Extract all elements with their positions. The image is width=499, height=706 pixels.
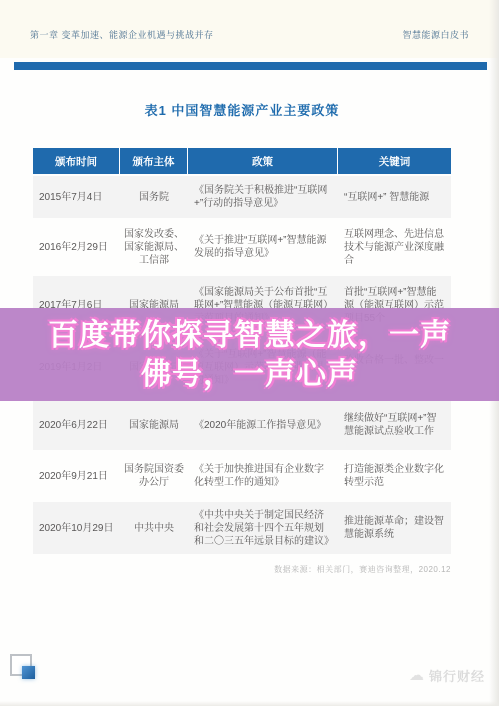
running-head: 第一章 变革加速、能源企业机遇与挑战并存 智慧能源白皮书 [30,28,469,41]
blue-square-icon [22,666,35,679]
cell-policy: 《2020年能源工作指导意见》 [188,400,338,450]
cell-keywords: 推进能源革命；建设智慧能源系统 [338,502,451,554]
page-edge-shadow-bottom [0,701,499,706]
cell-time: 2016年2月29日 [33,220,120,274]
watermark-label: 锦行财经 [429,666,485,685]
cell-time: 2015年7月4日 [33,176,120,218]
cell-policy: 《国务院关于积极推进“互联网+”行动的指导意见》 [188,176,338,218]
table-title: 表1 中国智慧能源产业主要政策 [33,100,451,119]
cell-keywords: 打造能源类企业数字化转型示范 [338,452,451,500]
cell-body: 国务院国资委办公厅 [120,452,188,500]
table-row: 2016年2月29日 国家发改委、国家能源局、工信部 《关于推进“互联网+”智慧… [33,220,451,274]
cell-body: 国务院 [120,176,188,218]
cell-keywords: “互联网+” 智慧能源 [338,176,451,218]
table-header-row: 颁布时间 颁布主体 政策 关键词 [33,148,451,174]
caption-line-2: 佛号，一声心声 [141,355,358,394]
section-divider-bar [14,62,487,70]
document-title: 智慧能源白皮书 [402,28,469,41]
cell-policy: 《中共中央关于制定国民经济和社会发展第十四个五年规划和二〇三五年远景目标的建议》 [188,502,338,554]
page-corner-logo [8,652,36,682]
table-row: 2015年7月4日 国务院 《国务院关于积极推进“互联网+”行动的指导意见》 “… [33,176,451,218]
table-row: 2020年9月21日 国务院国资委办公厅 《关于加快推进国有企业数字化转型工作的… [33,452,451,500]
cell-time: 2020年10月29日 [33,502,120,554]
chapter-title: 第一章 变革加速、能源企业机遇与挑战并存 [30,28,214,41]
cell-body: 国家发改委、国家能源局、工信部 [120,220,188,274]
caption-line-1: 百度带你探寻智慧之旅，一声 [48,316,451,355]
cloud-icon: ☁ [409,668,425,683]
cell-keywords: 互联网理念、先进信息技术与能源产业深度融合 [338,220,451,274]
table-row: 2020年6月22日 国家能源局 《2020年能源工作指导意见》 继续做好“互联… [33,400,451,450]
publisher-watermark: ☁ 锦行财经 [409,666,485,685]
document-page: 第一章 变革加速、能源企业机遇与挑战并存 智慧能源白皮书 表1 中国智慧能源产业… [0,0,499,706]
col-header-body: 颁布主体 [120,148,188,174]
cell-time: 2020年9月21日 [33,452,120,500]
col-header-keywords: 关键词 [338,148,451,174]
cell-body: 中共中央 [120,502,188,554]
cell-body: 国家能源局 [120,400,188,450]
table-row: 2020年10月29日 中共中央 《中共中央关于制定国民经济和社会发展第十四个五… [33,502,451,554]
cell-time: 2020年6月22日 [33,400,120,450]
col-header-policy: 政策 [188,148,338,174]
col-header-time: 颁布时间 [33,148,120,174]
data-source-note: 数据来源：相关部门，赛迪咨询整理，2020.12 [274,564,451,575]
cell-policy: 《关于推进“互联网+”智慧能源发展的指导意见》 [188,220,338,274]
cell-policy: 《关于加快推进国有企业数字化转型工作的通知》 [188,452,338,500]
cell-keywords: 继续做好“互联网+”智慧能源试点验收工作 [338,400,451,450]
caption-overlay: 百度带你探寻智慧之旅，一声 佛号，一声心声 [0,308,499,401]
